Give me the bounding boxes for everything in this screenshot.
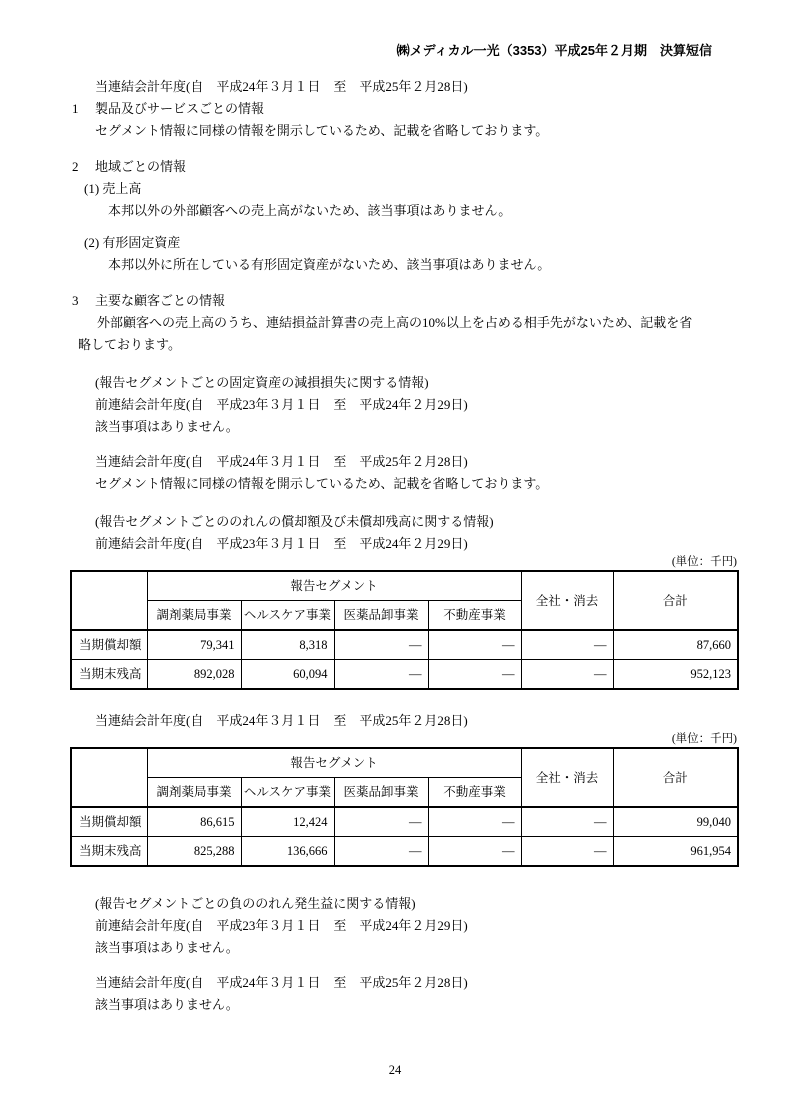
- negative-goodwill-current-period: 当連結会計年度(自 平成24年３月１日 至 平成25年２月28日): [95, 972, 790, 994]
- impairment-current-note: セグメント情報に同様の情報を開示しているため、記載を省略しております。: [95, 473, 790, 495]
- section-1-heading: 1製品及びサービスごとの情報: [72, 98, 790, 120]
- goodwill-heading: (報告セグメントごとののれんの償却額及び未償却残高に関する情報): [95, 511, 790, 533]
- section-2-sub1-label: (1) 売上高: [84, 178, 790, 200]
- table-segment-header: ヘルスケア事業: [241, 601, 334, 631]
- negative-goodwill-current-note: 該当事項はありません。: [95, 994, 790, 1016]
- impairment-current-period: 当連結会計年度(自 平成24年３月１日 至 平成25年２月28日): [95, 451, 790, 473]
- table-segment-header: 調剤薬局事業: [147, 778, 241, 808]
- table-row-label: 当期償却額: [71, 630, 147, 660]
- section-2-number: 2: [72, 156, 95, 178]
- negative-goodwill-heading: (報告セグメントごとの負ののれん発生益に関する情報): [95, 893, 790, 915]
- table-cell: ―: [521, 660, 613, 690]
- table-cell: 87,660: [613, 630, 738, 660]
- table-cell: ―: [521, 837, 613, 867]
- table-cell: ―: [428, 630, 521, 660]
- section-1-title: 製品及びサービスごとの情報: [95, 101, 264, 116]
- table-total-header: 合計: [613, 571, 738, 630]
- table-cell: 12,424: [241, 807, 334, 837]
- table-segment-header: ヘルスケア事業: [241, 778, 334, 808]
- table-corporate-header: 全社・消去: [521, 748, 613, 807]
- unit-label-current: (単位：千円): [70, 732, 737, 747]
- goodwill-amortization-table-prior: 報告セグメント 全社・消去 合計 調剤薬局事業 ヘルスケア事業 医薬品卸事業 不…: [70, 570, 739, 690]
- table-group-header: 報告セグメント: [147, 571, 521, 601]
- table-corner-cell: [71, 571, 147, 630]
- impairment-prior-period: 前連結会計年度(自 平成23年３月１日 至 平成24年２月29日): [95, 394, 790, 416]
- section-2-sub2-body: 本邦以外に所在している有形固定資産がないため、該当事項はありません。: [108, 254, 790, 276]
- table-row-label: 当期償却額: [71, 807, 147, 837]
- table-group-header: 報告セグメント: [147, 748, 521, 778]
- section-2-sub1-body: 本邦以外の外部顧客への売上高がないため、該当事項はありません。: [108, 200, 790, 222]
- table-cell: 961,954: [613, 837, 738, 867]
- intro-current-period: 当連結会計年度(自 平成24年３月１日 至 平成25年２月28日): [95, 76, 790, 98]
- table-cell: ―: [428, 807, 521, 837]
- section-3-body-line2: 略しております。: [78, 334, 790, 356]
- goodwill-amortization-table-current: 報告セグメント 全社・消去 合計 調剤薬局事業 ヘルスケア事業 医薬品卸事業 不…: [70, 747, 739, 867]
- table-segment-header: 調剤薬局事業: [147, 601, 241, 631]
- table-row: 当期末残高 825,288 136,666 ― ― ― 961,954: [71, 837, 738, 867]
- table-cell: ―: [521, 807, 613, 837]
- table-segment-header: 医薬品卸事業: [334, 778, 428, 808]
- table-cell: ―: [428, 660, 521, 690]
- table-header-row-1: 報告セグメント 全社・消去 合計: [71, 748, 738, 778]
- table-row-label: 当期末残高: [71, 660, 147, 690]
- table-cell: 99,040: [613, 807, 738, 837]
- table-cell: 892,028: [147, 660, 241, 690]
- section-3-number: 3: [72, 290, 95, 312]
- table-row-label: 当期末残高: [71, 837, 147, 867]
- page-number: 24: [0, 1063, 790, 1078]
- table-cell: ―: [428, 837, 521, 867]
- negative-goodwill-prior-period: 前連結会計年度(自 平成23年３月１日 至 平成24年２月29日): [95, 915, 790, 937]
- section-1-body: セグメント情報に同様の情報を開示しているため、記載を省略しております。: [95, 120, 790, 142]
- section-3-body-line1: 外部顧客への売上高のうち、連結損益計算書の売上高の10%以上を占める相手先がない…: [97, 312, 790, 334]
- table-row: 当期償却額 79,341 8,318 ― ― ― 87,660: [71, 630, 738, 660]
- section-3-heading: 3主要な顧客ごとの情報: [72, 290, 790, 312]
- table-segment-header: 医薬品卸事業: [334, 601, 428, 631]
- table-row: 当期末残高 892,028 60,094 ― ― ― 952,123: [71, 660, 738, 690]
- table-header-row-1: 報告セグメント 全社・消去 合計: [71, 571, 738, 601]
- negative-goodwill-prior-note: 該当事項はありません。: [95, 937, 790, 959]
- section-1-number: 1: [72, 98, 95, 120]
- table-segment-header: 不動産事業: [428, 778, 521, 808]
- table-total-header: 合計: [613, 748, 738, 807]
- table-segment-header: 不動産事業: [428, 601, 521, 631]
- impairment-prior-note: 該当事項はありません。: [95, 416, 790, 438]
- impairment-heading: (報告セグメントごとの固定資産の減損損失に関する情報): [95, 372, 790, 394]
- section-2-heading: 2地域ごとの情報: [72, 156, 790, 178]
- table-row: 当期償却額 86,615 12,424 ― ― ― 99,040: [71, 807, 738, 837]
- table-cell: ―: [521, 630, 613, 660]
- table-cell: ―: [334, 837, 428, 867]
- table-cell: 79,341: [147, 630, 241, 660]
- table-cell: 952,123: [613, 660, 738, 690]
- document-page: ㈱メディカル一光（3353）平成25年２月期 決算短信 当連結会計年度(自 平成…: [0, 0, 790, 1118]
- goodwill-current-period: 当連結会計年度(自 平成24年３月１日 至 平成25年２月28日): [95, 710, 790, 732]
- goodwill-prior-period: 前連結会計年度(自 平成23年３月１日 至 平成24年２月29日): [95, 533, 790, 555]
- table-corner-cell: [71, 748, 147, 807]
- section-2-title: 地域ごとの情報: [95, 159, 186, 174]
- table-cell: 8,318: [241, 630, 334, 660]
- table-cell: 136,666: [241, 837, 334, 867]
- section-2-sub2-label: (2) 有形固定資産: [84, 232, 790, 254]
- table-cell: ―: [334, 807, 428, 837]
- table-cell: 86,615: [147, 807, 241, 837]
- report-header-title: ㈱メディカル一光（3353）平成25年２月期 決算短信: [0, 0, 790, 60]
- table-cell: ―: [334, 660, 428, 690]
- table-corporate-header: 全社・消去: [521, 571, 613, 630]
- table-cell: ―: [334, 630, 428, 660]
- unit-label-prior: (単位：千円): [70, 555, 737, 570]
- table-cell: 60,094: [241, 660, 334, 690]
- section-3-title: 主要な顧客ごとの情報: [95, 293, 225, 308]
- table-cell: 825,288: [147, 837, 241, 867]
